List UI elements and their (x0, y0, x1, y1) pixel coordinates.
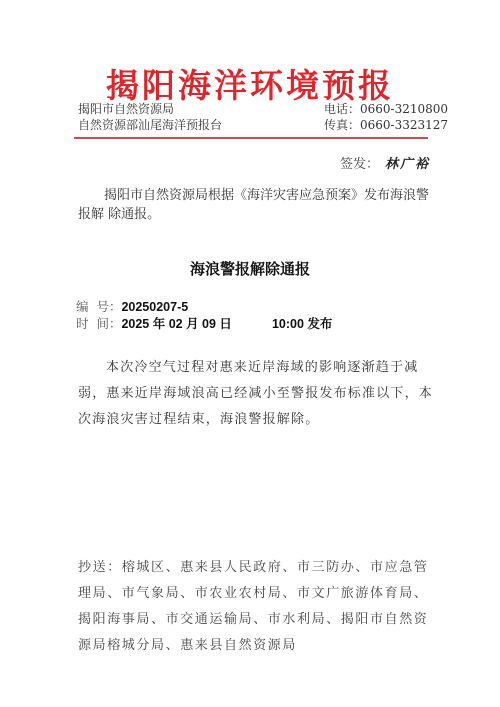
signer-signature: 林广裕 (385, 157, 430, 172)
header-divider (74, 137, 428, 139)
signer-block: 签发：林广裕 (340, 153, 430, 172)
phone-line: 电话：0660-3210800 (324, 101, 448, 117)
notice-date: 2025 年 02 月 09 日 (121, 317, 231, 331)
cc-label: 抄送： (78, 560, 122, 575)
cc-block: 抄送：榕城区、惠来县人民政府、市三防办、市应急管理局、市气象局、市农业农村局、市… (78, 555, 440, 659)
issuing-organizations: 揭阳市自然资源局 自然资源部汕尾海洋预报台 (78, 101, 222, 133)
release-time: 10:00 发布 (272, 317, 332, 331)
notice-body: 本次冷空气过程对惠来近岸海域的影响逐渐趋于减弱，惠来近岸海域浪高已经减小至警报发… (78, 355, 440, 433)
notice-number: 20250207-5 (121, 300, 188, 314)
bulletin-masthead-title: 揭阳海洋环境预报 (0, 60, 500, 107)
time-label: 时 间： (76, 316, 121, 331)
notice-number-line: 编 号：20250207-5 (76, 297, 188, 315)
fax-number: 0660-3323127 (360, 118, 448, 132)
phone-number: 0660-3210800 (360, 102, 448, 116)
intro-paragraph: 揭阳市自然资源局根据《海洋灾害应急预案》发布海浪警报解 除通报。 (78, 186, 438, 224)
org-line-2: 自然资源部汕尾海洋预报台 (78, 117, 222, 133)
contact-info: 电话：0660-3210800 传真：0660-3323127 (324, 101, 448, 133)
phone-label: 电话： (324, 102, 360, 116)
cc-recipients: 榕城区、惠来县人民政府、市三防办、市应急管理局、市气象局、市农业农村局、市文广旅… (78, 560, 428, 653)
notice-title: 海浪警报解除通报 (0, 258, 500, 279)
fax-label: 传真： (324, 118, 360, 132)
signer-label: 签发： (340, 157, 379, 172)
notice-time-line: 时 间：2025 年 02 月 09 日10:00 发布 (76, 314, 332, 332)
fax-line: 传真：0660-3323127 (324, 117, 448, 133)
number-label: 编 号： (76, 299, 121, 314)
org-line-1: 揭阳市自然资源局 (78, 101, 222, 117)
